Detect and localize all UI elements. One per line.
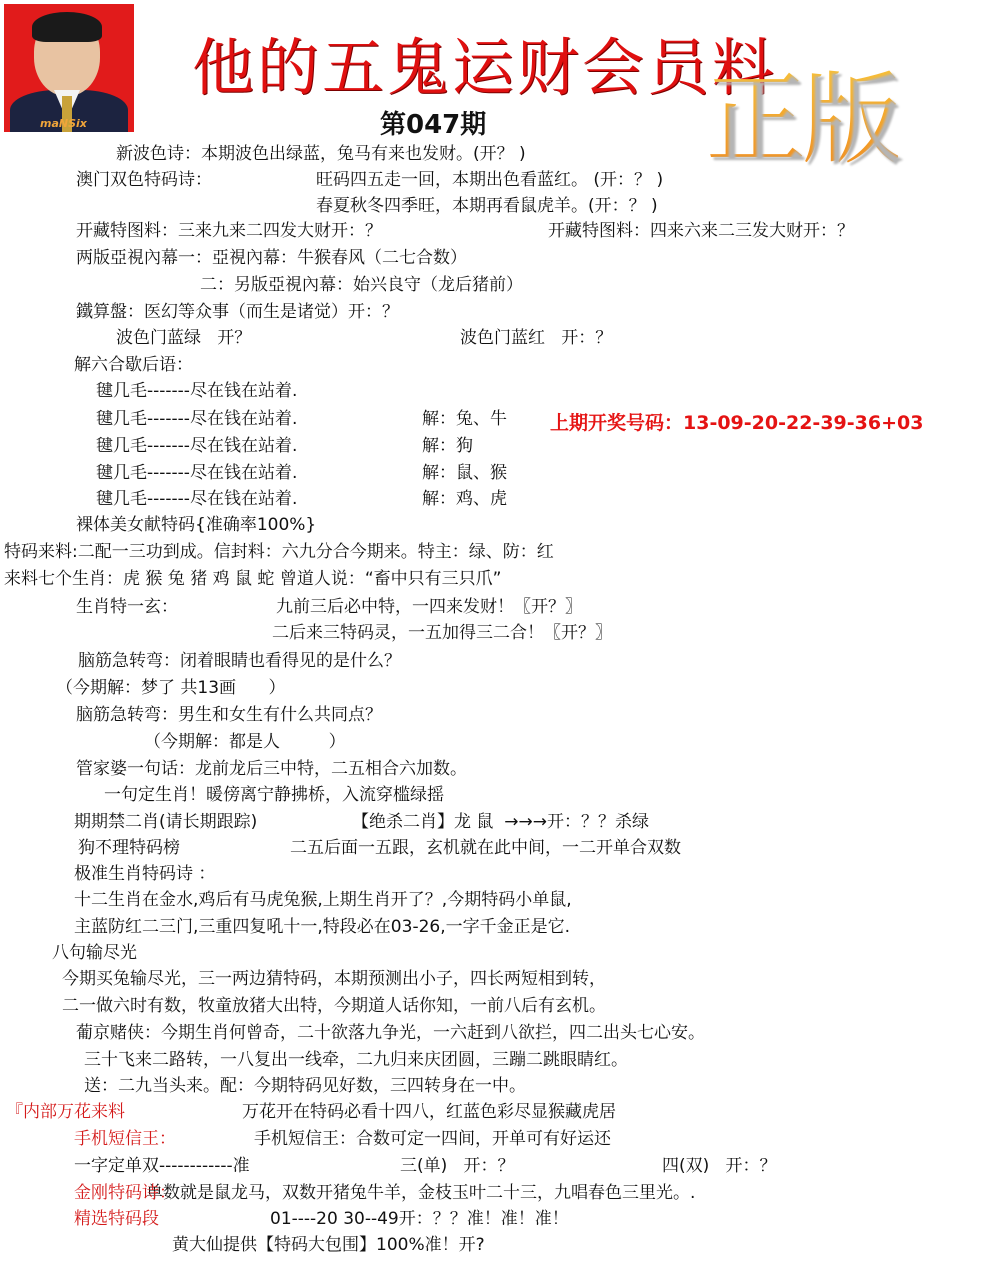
page-title: 他的五鬼运财会员料	[192, 30, 777, 106]
text-line: 开藏特图料：四来六来二三发大财开：？	[548, 220, 854, 242]
text-line: 解：狗	[422, 435, 473, 457]
text-line: 毽几毛-------尽在钱在站着.	[96, 435, 297, 457]
section-label: 精选特码段	[74, 1208, 159, 1230]
text-line: 九前三后必中特，一四来发财！〖开？〗	[276, 596, 582, 618]
last-draw-numbers: 13-09-20-22-39-36+03	[683, 412, 923, 434]
text-line: 特码来料:二配一三功到成。信封料：六九分合今期来。特主：绿、防：红	[4, 541, 554, 563]
section-label: 『内部万花来料	[6, 1101, 125, 1123]
text-line: 狗不理特码榜	[78, 837, 180, 859]
text-line: 八句输尽光	[52, 942, 137, 964]
text-line: 三十飞来二路转，一八复出一线牵，二九归来庆团圆，三蹦二跳眼睛红。	[84, 1049, 628, 1071]
last-draw-label: 上期开奖号码：	[550, 412, 683, 434]
text-line: 四(双) 开：？	[662, 1155, 776, 1177]
text-line: 01----20 30--49开：？？准！准！准！	[270, 1208, 569, 1230]
text-line: （今期解：梦了 共13画 ）	[56, 677, 285, 699]
portrait-hair	[32, 12, 102, 42]
genuine-badge: 正版	[706, 62, 898, 178]
text-line: 二后来三特码灵，一五加得三二合！〖开？〗	[272, 622, 612, 644]
text-line: 毽几毛-------尽在钱在站着.	[96, 462, 297, 484]
text-line: 来料七个生肖：虎 猴 兔 猪 鸡 鼠 蛇 曾道人说：“畜中只有三只爪”	[4, 568, 501, 590]
text-line: 解：鸡、虎	[422, 488, 507, 510]
portrait-photo: maNSix	[4, 4, 134, 132]
text-line: 管家婆一句话：龙前龙后三中特，二五相合六加数。	[76, 758, 467, 780]
text-line: 二五后面一五跟，玄机就在此中间，一二开单合双数	[290, 837, 681, 859]
text-line: 波色门蓝绿 开？	[116, 327, 251, 349]
section-label: 手机短信王：	[74, 1128, 176, 1150]
text-line: 十二生肖在金水,鸡后有马虎兔猴,上期生肖开了？,今期特码小单鼠,	[74, 889, 572, 911]
text-line: 期期禁二肖(请长期跟踪)	[74, 811, 257, 833]
text-line: 单数就是鼠龙马，双数开猪兔牛羊，金枝玉叶二十三，九唱春色三里光。.	[146, 1182, 695, 1204]
text-line: 葡京赌侠：今期生肖何曾奇，二十欲落九争光，一六赶到八欲拦，四二出头七心安。	[76, 1022, 705, 1044]
text-line: 极准生肖特码诗 ：	[74, 863, 215, 885]
text-line: 今期买兔输尽光，三一两边猜特码，本期预测出小子，四长两短相到转，	[62, 968, 606, 990]
text-line: 鐵算盤：医幻等众事（而生是诸觉）开：？	[76, 301, 399, 323]
text-line: 毽几毛-------尽在钱在站着.	[96, 408, 297, 430]
text-line: （今期解：都是人 ）	[144, 731, 346, 753]
text-line: 开藏特图料：三来九来二四发大财开：？	[76, 220, 382, 242]
text-line: 脑筋急转弯：男生和女生有什么共同点？	[76, 704, 382, 726]
text-line: 黄大仙提供【特码大包围】100%准！开?	[172, 1234, 485, 1256]
issue-number: 第047期	[380, 104, 486, 141]
text-line: 送：二九当头来。配：今期特码见好数，三四转身在一中。	[84, 1075, 526, 1097]
text-line: 三(单) 开：？	[400, 1155, 514, 1177]
text-line: 万花开在特码必看十四八，红蓝色彩尽显猴藏虎居	[242, 1101, 616, 1123]
text-line: 裸体美女献特码{准确率100%}	[76, 514, 316, 536]
last-draw-result: 上期开奖号码：13-09-20-22-39-36+03	[550, 408, 923, 435]
text-line: 解六合歇后语：	[74, 354, 193, 376]
text-line: 生肖特一玄：	[76, 596, 178, 618]
text-line: 旺码四五走一回，本期出色看蓝红。 (开：？ )	[316, 169, 663, 191]
photo-watermark: maNSix	[40, 117, 87, 130]
text-line: 主蓝防红二三门,三重四复吼十一,特段必在03-26,一字千金正是它.	[74, 916, 570, 938]
text-line: 波色门蓝红 开：？	[460, 327, 612, 349]
text-line: 二一做六时有数，牧童放猪大出特，今期道人话你知，一前八后有玄机。	[62, 995, 606, 1017]
text-line: 一字定单双------------准	[74, 1155, 250, 1177]
text-line: 两版亞視內幕一：亞視內幕：牛猴春风（二七合数）	[76, 247, 467, 269]
section-label: 金刚特码诗：	[74, 1182, 176, 1204]
text-line: 脑筋急转弯：闭着眼睛也看得见的是什么？	[78, 650, 401, 672]
text-line: 手机短信王：合数可定一四间，开单可有好运还	[254, 1128, 611, 1150]
text-line: 毽几毛-------尽在钱在站着.	[96, 488, 297, 510]
text-line: 毽几毛-------尽在钱在站着.	[96, 380, 297, 402]
text-line: 一句定生肖！暖傍离宁静拂桥，入流穿槛绿摇	[104, 784, 444, 806]
text-line: 解：兔、牛	[422, 408, 507, 430]
text-line: 【绝杀二肖】龙 鼠 →→→开：？？杀绿	[352, 811, 649, 833]
text-line: 春夏秋冬四季旺，本期再看鼠虎羊。(开：？ )	[316, 195, 658, 217]
text-line: 二：另版亞視內幕：始兴良守（龙后猪前）	[200, 274, 523, 296]
text-line: 澳门双色特码诗：	[76, 169, 212, 191]
text-line: 新波色诗：本期波色出绿蓝，兔马有来也发财。(开？ )	[116, 143, 526, 165]
text-line: 解：鼠、猴	[422, 462, 507, 484]
